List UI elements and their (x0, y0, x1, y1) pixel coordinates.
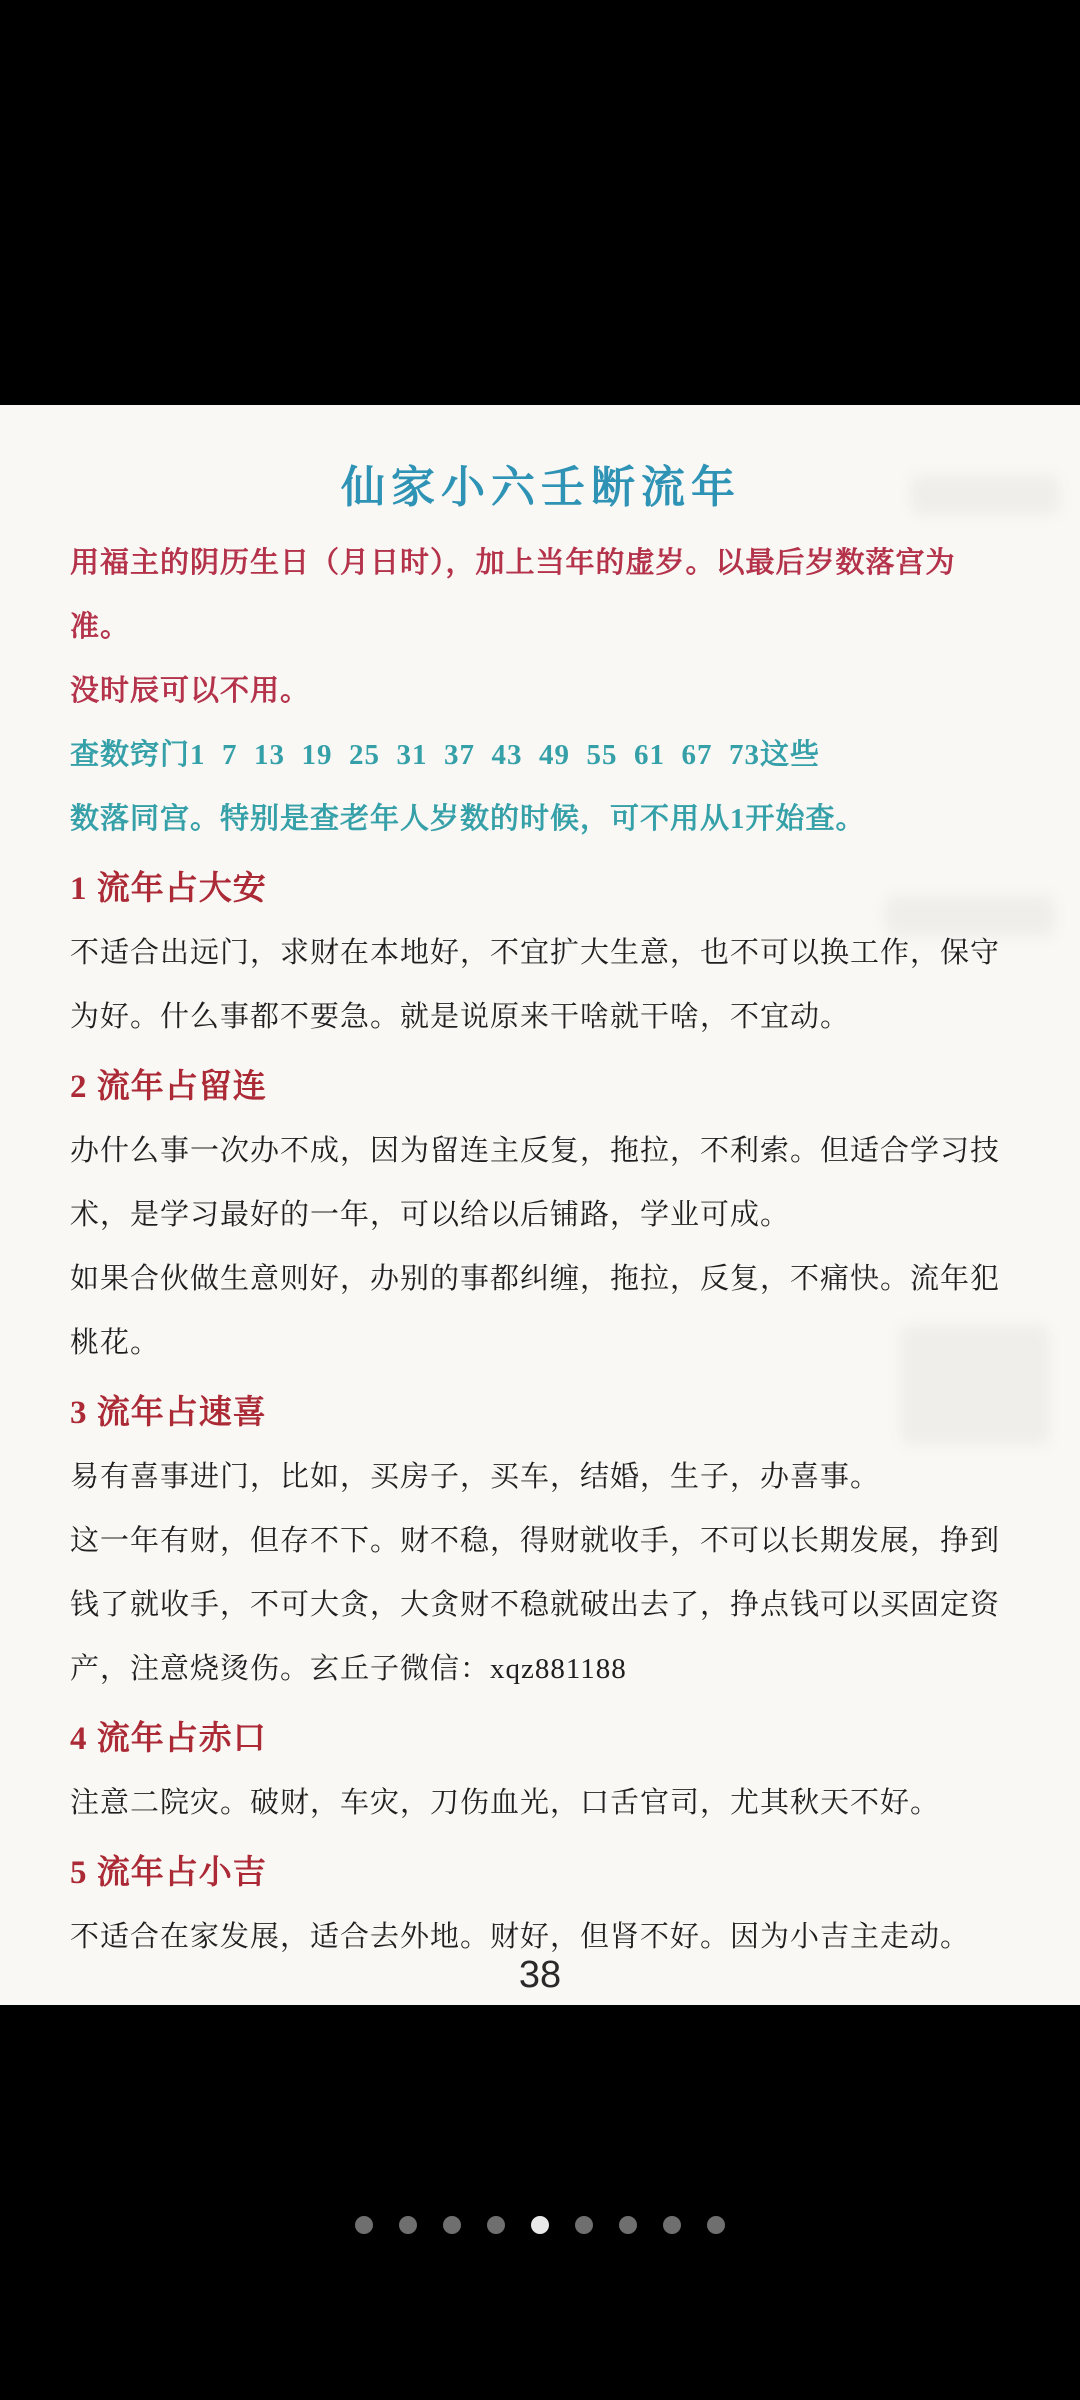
text-line: 钱了就收手，不可大贪，大贪财不稳就破出去了，挣点钱可以买固定资 (70, 1573, 1012, 1637)
text-line: 5 流年占小吉 (70, 1841, 1012, 1905)
section-heading: 5 流年占小吉 (70, 1841, 1012, 1905)
text-line: 这一年有财，但存不下。财不稳，得财就收手，不可以长期发展，挣到 (70, 1509, 1012, 1573)
section-heading: 2 流年占留连 (70, 1055, 1012, 1119)
text-line: 术，是学习最好的一年，可以给以后铺路，学业可成。 (70, 1183, 1012, 1247)
pagination-dot[interactable] (443, 2216, 461, 2234)
page-number: 38 (0, 1954, 1080, 1997)
pagination-dot[interactable] (663, 2216, 681, 2234)
document-body: 用福主的阴历生日（月日时），加上当年的虚岁。以最后岁数落宫为准。没时辰可以不用。… (70, 531, 1012, 1969)
body-paragraph: 用福主的阴历生日（月日时），加上当年的虚岁。以最后岁数落宫为准。没时辰可以不用。 (70, 531, 1012, 723)
section-heading: 3 流年占速喜 (70, 1381, 1012, 1445)
pagination-dot[interactable] (399, 2216, 417, 2234)
body-paragraph: 注意二院灾。破财，车灾，刀伤血光，口舌官司，尤其秋天不好。 (70, 1771, 1012, 1835)
phone-screen: 仙家小六壬断流年 用福主的阴历生日（月日时），加上当年的虚岁。以最后岁数落宫为准… (0, 0, 1080, 2400)
pagination-dot[interactable] (619, 2216, 637, 2234)
text-line: 不适合出远门，求财在本地好，不宜扩大生意，也不可以换工作，保守 (70, 921, 1012, 985)
section-heading: 4 流年占赤口 (70, 1707, 1012, 1771)
text-line: 注意二院灾。破财，车灾，刀伤血光，口舌官司，尤其秋天不好。 (70, 1771, 1012, 1835)
text-line: 1 流年占大安 (70, 857, 1012, 921)
pagination-dot[interactable] (487, 2216, 505, 2234)
body-paragraph: 查数窍门1 7 13 19 25 31 37 43 49 55 61 67 73… (70, 723, 1012, 851)
text-line: 没时辰可以不用。 (70, 659, 1012, 723)
text-line: 4 流年占赤口 (70, 1707, 1012, 1771)
section-heading: 1 流年占大安 (70, 857, 1012, 921)
text-line: 为好。什么事都不要急。就是说原来干啥就干啥，不宜动。 (70, 985, 1012, 1049)
body-paragraph: 不适合出远门，求财在本地好，不宜扩大生意，也不可以换工作，保守为好。什么事都不要… (70, 921, 1012, 1049)
text-line: 2 流年占留连 (70, 1055, 1012, 1119)
body-paragraph: 办什么事一次办不成，因为留连主反复，拖拉，不利索。但适合学习技术，是学习最好的一… (70, 1119, 1012, 1247)
text-line: 桃花。 (70, 1311, 1012, 1375)
text-line: 用福主的阴历生日（月日时），加上当年的虚岁。以最后岁数落宫为准。 (70, 531, 1012, 659)
text-line: 数落同宫。特别是查老年人岁数的时候，可不用从1开始查。 (70, 787, 1012, 851)
body-paragraph: 这一年有财，但存不下。财不稳，得财就收手，不可以长期发展，挣到钱了就收手，不可大… (70, 1509, 1012, 1701)
text-line: 查数窍门1 7 13 19 25 31 37 43 49 55 61 67 73… (70, 723, 1012, 787)
text-line: 如果合伙做生意则好，办别的事都纠缠，拖拉，反复，不痛快。流年犯 (70, 1247, 1012, 1311)
text-line: 易有喜事进门，比如，买房子，买车，结婚，生子，办喜事。 (70, 1445, 1012, 1509)
body-paragraph: 如果合伙做生意则好，办别的事都纠缠，拖拉，反复，不痛快。流年犯桃花。 (70, 1247, 1012, 1375)
pagination-dot-active[interactable] (531, 2216, 549, 2234)
pagination-dot[interactable] (575, 2216, 593, 2234)
document-content: 仙家小六壬断流年 用福主的阴历生日（月日时），加上当年的虚岁。以最后岁数落宫为准… (0, 405, 1080, 1969)
text-line: 办什么事一次办不成，因为留连主反复，拖拉，不利索。但适合学习技 (70, 1119, 1012, 1183)
pagination-dot[interactable] (355, 2216, 373, 2234)
text-line: 3 流年占速喜 (70, 1381, 1012, 1445)
pagination-dot[interactable] (707, 2216, 725, 2234)
text-line: 产，注意烧烫伤。玄丘子微信：xqz881188 (70, 1637, 1012, 1701)
page-title: 仙家小六壬断流年 (70, 459, 1012, 517)
body-paragraph: 易有喜事进门，比如，买房子，买车，结婚，生子，办喜事。 (70, 1445, 1012, 1509)
document-page: 仙家小六壬断流年 用福主的阴历生日（月日时），加上当年的虚岁。以最后岁数落宫为准… (0, 405, 1080, 2005)
pagination-dots[interactable] (0, 2216, 1080, 2234)
